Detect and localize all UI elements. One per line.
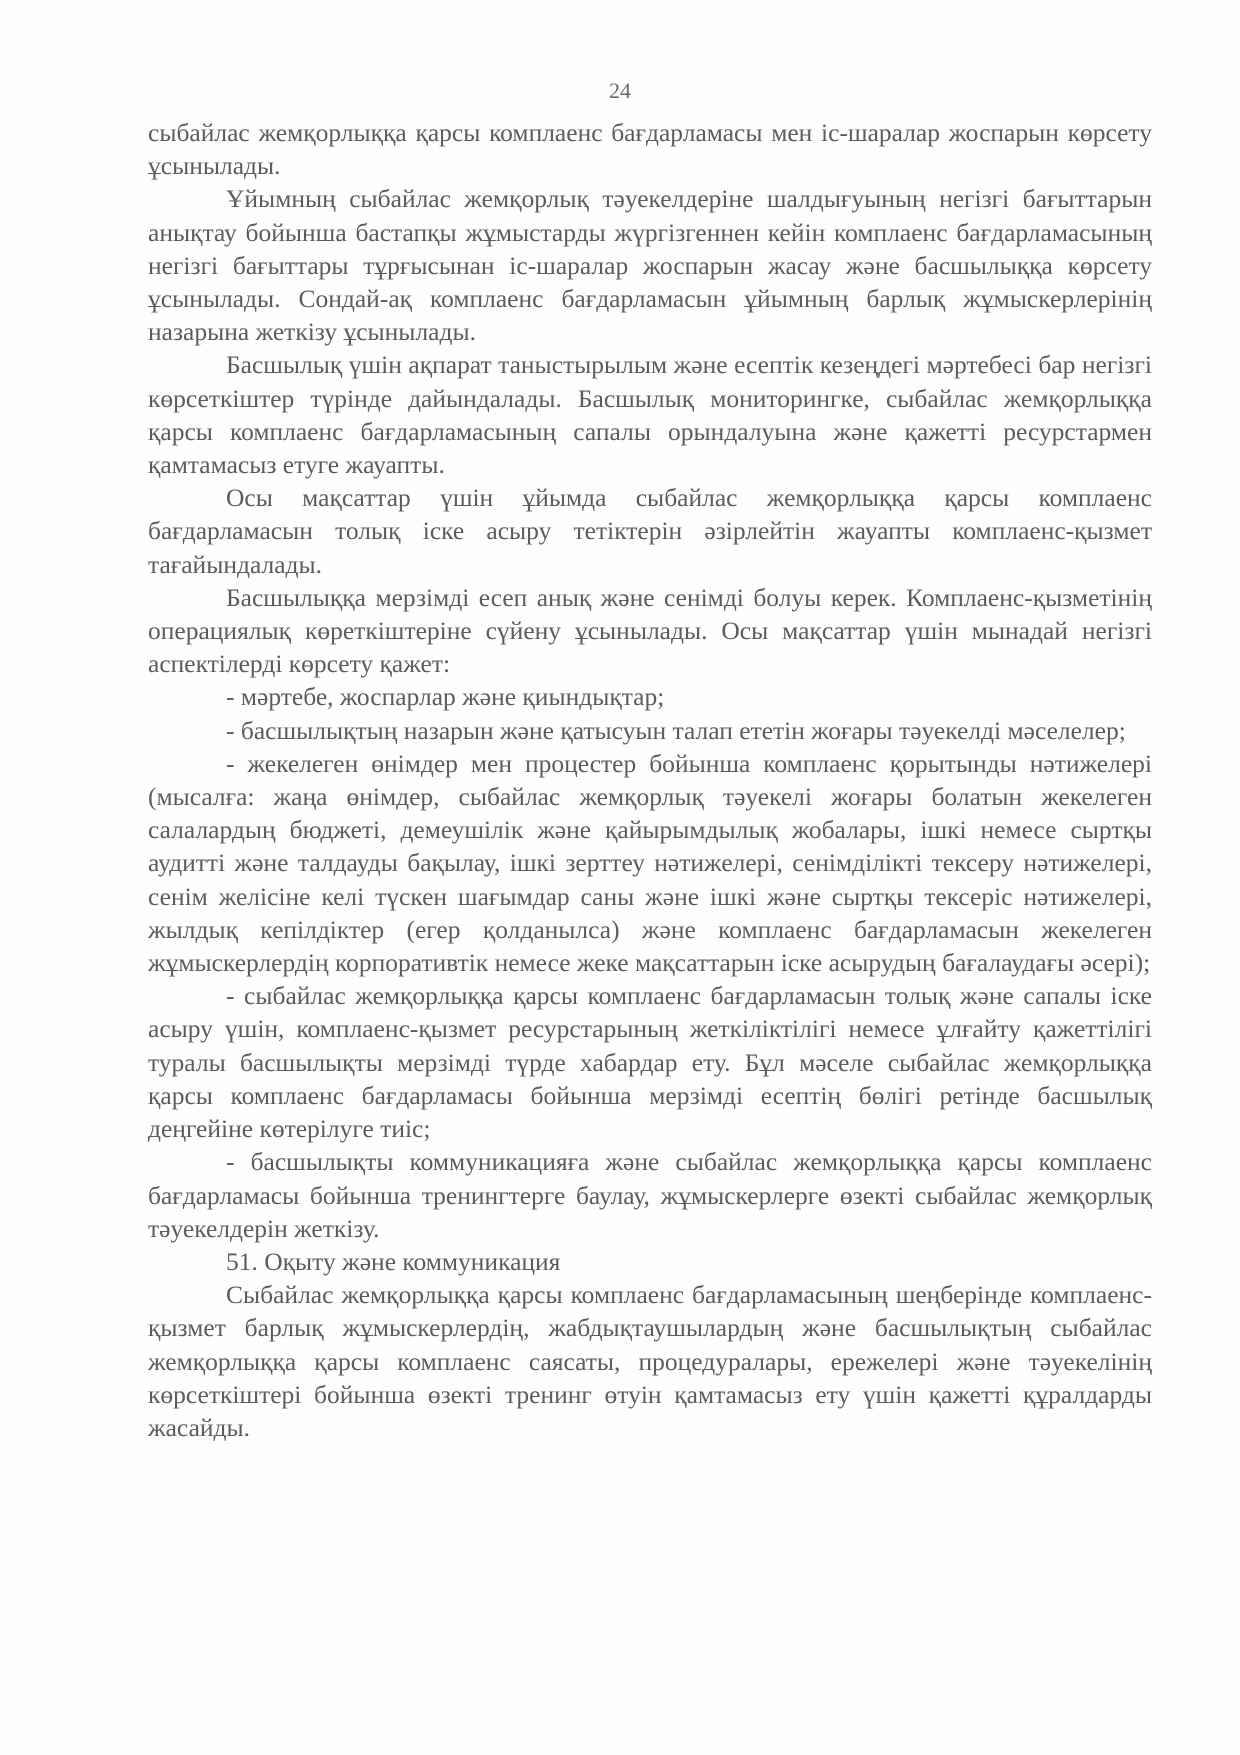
list-item-resources: - сыбайлас жемқорлыққа қарсы комплаенс б… — [148, 979, 1152, 1145]
paragraph-continuation: сыбайлас жемқорлыққа қарсы комплаенс бағ… — [148, 116, 1152, 182]
paragraph-training: Сыбайлас жемқорлыққа қарсы комплаенс бағ… — [148, 1278, 1152, 1444]
list-item-communication: - басшылықты коммуникацияға және сыбайла… — [148, 1145, 1152, 1245]
page-number: 24 — [0, 78, 1240, 104]
paragraph-management-info: Басшылық үшін ақпарат таныстырылым және … — [148, 348, 1152, 481]
paragraph-periodic-report: Басшылыққа мерзімді есеп анық және сенім… — [148, 581, 1152, 681]
list-item-status: - мәртебе, жоспарлар және қиындықтар; — [148, 680, 1152, 713]
document-body: сыбайлас жемқорлыққа қарсы комплаенс бағ… — [148, 116, 1152, 1444]
list-item-compliance-results: - жекелеген өнімдер мен процестер бойынш… — [148, 747, 1152, 979]
section-heading-training: 51. Оқыту және коммуникация — [148, 1245, 1152, 1278]
paragraph-compliance-service: Осы мақсаттар үшін ұйымда сыбайлас жемқо… — [148, 481, 1152, 581]
document-page: 24 сыбайлас жемқорлыққа қарсы комплаенс … — [0, 0, 1240, 1755]
list-item-high-risk-issues: - басшылықтың назарын және қатысуын тала… — [148, 714, 1152, 747]
paragraph-risk-directions: Ұйымның сыбайлас жемқорлық тәуекелдеріне… — [148, 182, 1152, 348]
